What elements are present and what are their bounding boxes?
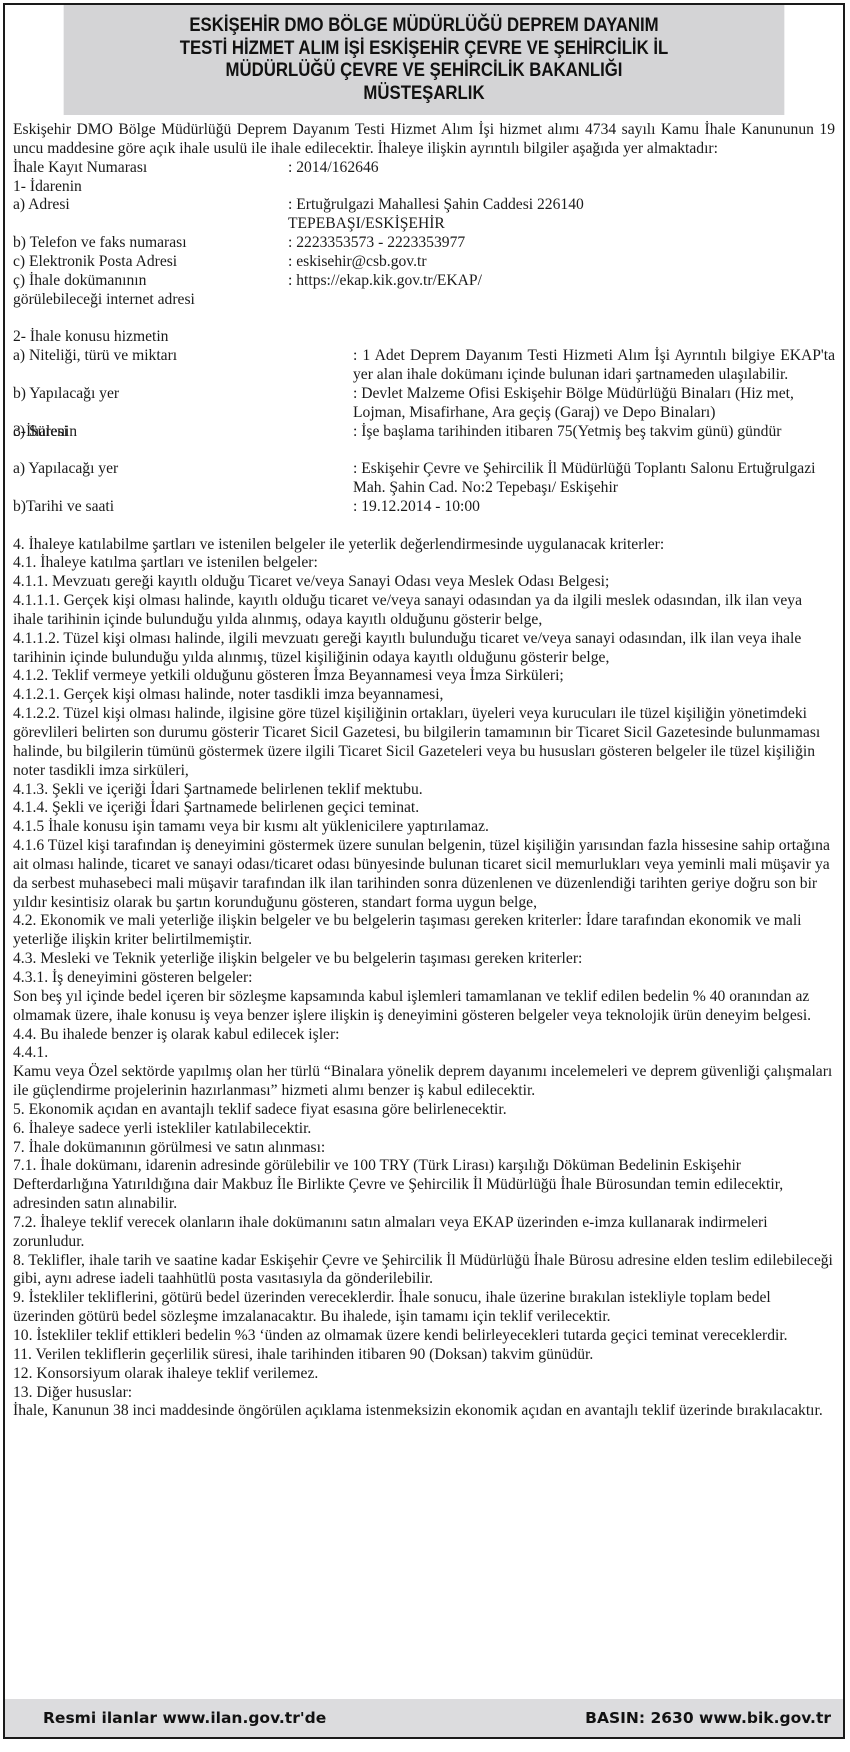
clause-paragraph: 12. Konsorsiyum olarak ihaleye teklif ve… bbox=[13, 1365, 835, 1384]
clause-paragraph: 4.4.1. bbox=[13, 1044, 835, 1063]
clause-paragraph: 8. Teklifler, ihale tarih ve saatine kad… bbox=[13, 1252, 835, 1290]
clause-paragraph: 7.1. İhale dokümanı, idarenin adresinde … bbox=[13, 1157, 835, 1214]
section1-row-phone: b) Telefon ve faks numarası : 2223353573… bbox=[13, 234, 835, 253]
clause-paragraph: 4.1.2.2. Tüzel kişi olması halinde, ilgi… bbox=[13, 705, 835, 780]
clause-paragraph: 4.1.1. Mevzuatı gereği kayıtlı olduğu Ti… bbox=[13, 573, 835, 592]
registration-label: İhale Kayıt Numarası bbox=[13, 159, 288, 178]
announcement-footer: Resmi ilanlar www.ilan.gov.tr'de BASIN: … bbox=[5, 1699, 843, 1737]
clause-paragraph: 4.3.1. İş deneyimini gösteren belgeler: bbox=[13, 969, 835, 988]
announcement-header: ESKİŞEHİR DMO BÖLGE MÜDÜRLÜĞÜ DEPREM DAY… bbox=[64, 5, 785, 115]
clause-paragraph: 4. İhaleye katılabilme şartları ve isten… bbox=[13, 536, 835, 555]
clause-paragraph: 4.2. Ekonomik ve mali yeterliğe ilişkin … bbox=[13, 912, 835, 950]
clause-paragraph: 9. İstekliler tekliflerini, götürü bedel… bbox=[13, 1289, 835, 1327]
clause-paragraph: 7.2. İhaleye teklif verecek olanların ih… bbox=[13, 1214, 835, 1252]
clause-paragraph: 7. İhale dokümanının görülmesi ve satın … bbox=[13, 1139, 835, 1158]
row-label: c) Elektronik Posta Adresi bbox=[13, 253, 288, 272]
clause-paragraph: 4.1.4. Şekli ve içeriği İdari Şartnamede… bbox=[13, 799, 835, 818]
clause-paragraph: 4.1.6 Tüzel kişi tarafından iş deneyimin… bbox=[13, 837, 835, 912]
section2-row-duration: c) Süresi : İşe başlama tarihinden itiba… bbox=[13, 423, 835, 442]
row-value: : 1 Adet Deprem Dayanım Testi Hizmeti Al… bbox=[353, 347, 835, 385]
row-label: b) Yapılacağı yer bbox=[13, 385, 353, 423]
section2-row-place: b) Yapılacağı yer : Devlet Malzeme Ofisi… bbox=[13, 385, 835, 423]
header-title-line: MÜSTEŞARLIK bbox=[64, 82, 785, 105]
row-value: : İşe başlama tarihinden itibaren 75(Yet… bbox=[353, 423, 835, 442]
row-value-cont: TEPEBAŞI/ESKİŞEHİR bbox=[288, 215, 445, 232]
row-label-cont: görülebileceği internet adresi bbox=[13, 291, 195, 308]
footer-press-info: BASIN: 2630 www.bik.gov.tr bbox=[585, 1709, 831, 1727]
announcement-frame: ESKİŞEHİR DMO BÖLGE MÜDÜRLÜĞÜ DEPREM DAY… bbox=[3, 3, 845, 1739]
registration-row: İhale Kayıt Numarası : 2014/162646 bbox=[13, 159, 835, 178]
clause-list: 4. İhaleye katılabilme şartları ve isten… bbox=[13, 536, 835, 1422]
section3-row-place: a) Yapılacağı yer : Eskişehir Çevre ve Ş… bbox=[13, 460, 835, 498]
row-label: b)Tarihi ve saati bbox=[13, 498, 353, 517]
clause-paragraph: 4.1. İhaleye katılma şartları ve istenil… bbox=[13, 554, 835, 573]
clause-paragraph: 6. İhaleye sadece yerli istekliler katıl… bbox=[13, 1120, 835, 1139]
clause-paragraph: 4.1.1.2. Tüzel kişi olması halinde, ilgi… bbox=[13, 630, 835, 668]
clause-paragraph: 5. Ekonomik açıdan en avantajlı teklif s… bbox=[13, 1101, 835, 1120]
registration-value: : 2014/162646 bbox=[288, 159, 835, 178]
header-title-line: ESKİŞEHİR DMO BÖLGE MÜDÜRLÜĞÜ DEPREM DAY… bbox=[64, 14, 785, 37]
row-value: : 19.12.2014 - 10:00 bbox=[353, 498, 835, 517]
header-title-line: TESTİ HİZMET ALIM İŞİ ESKİŞEHİR ÇEVRE VE… bbox=[64, 37, 785, 60]
row-label: a) Yapılacağı yer bbox=[13, 460, 353, 498]
section2-row-nature: a) Niteliği, türü ve miktarı : 1 Adet De… bbox=[13, 347, 835, 385]
clause-paragraph: 13. Diğer hususlar: bbox=[13, 1384, 835, 1403]
clause-paragraph: 10. İstekliler teklif ettikleri bedelin … bbox=[13, 1327, 835, 1346]
section3-row-date: b)Tarihi ve saati : 19.12.2014 - 10:00 bbox=[13, 498, 835, 517]
announcement-body: Eskişehir DMO Bölge Müdürlüğü Deprem Day… bbox=[5, 115, 843, 1421]
clause-paragraph: Son beş yıl içinde bedel içeren bir sözl… bbox=[13, 988, 835, 1026]
row-label: b) Telefon ve faks numarası bbox=[13, 234, 288, 253]
section1-row-address: a) Adresi : Ertuğrulgazi Mahallesi Şahin… bbox=[13, 196, 835, 234]
footer-official-ads: Resmi ilanlar www.ilan.gov.tr'de bbox=[43, 1709, 326, 1727]
row-value: : Eskişehir Çevre ve Şehircilik İl Müdür… bbox=[353, 460, 835, 498]
clause-paragraph: 4.1.2.1. Gerçek kişi olması halinde, not… bbox=[13, 686, 835, 705]
section1-row-email: c) Elektronik Posta Adresi : eskisehir@c… bbox=[13, 253, 835, 272]
section1-row-website: ç) İhale dokümanınıngörülebileceği inter… bbox=[13, 272, 835, 310]
clause-paragraph: 4.4. Bu ihalede benzer iş olarak kabul e… bbox=[13, 1026, 835, 1045]
clause-paragraph: 4.3. Mesleki ve Teknik yeterliğe ilişkin… bbox=[13, 950, 835, 969]
intro-paragraph: Eskişehir DMO Bölge Müdürlüğü Deprem Day… bbox=[13, 121, 835, 159]
row-value: : Devlet Malzeme Ofisi Eskişehir Bölge M… bbox=[353, 385, 835, 423]
section2-title: 2- İhale konusu hizmetin bbox=[13, 328, 835, 347]
row-label: a) Adresi bbox=[13, 196, 288, 234]
clause-paragraph: 11. Verilen tekliflerin geçerlilik süres… bbox=[13, 1346, 835, 1365]
clause-paragraph: İhale, Kanunun 38 inci maddesinde öngörü… bbox=[13, 1402, 835, 1421]
section1-title: 1- İdarenin bbox=[13, 178, 835, 197]
clause-paragraph: 4.1.5 İhale konusu işin tamamı veya bir … bbox=[13, 818, 835, 837]
clause-paragraph: Kamu veya Özel sektörde yapılmış olan he… bbox=[13, 1063, 835, 1101]
clause-paragraph: 4.1.1.1. Gerçek kişi olması halinde, kay… bbox=[13, 592, 835, 630]
header-title-line: MÜDÜRLÜĞÜ ÇEVRE VE ŞEHİRCİLİK BAKANLIĞI bbox=[64, 59, 785, 82]
row-label: a) Niteliği, türü ve miktarı bbox=[13, 347, 353, 385]
row-value: : 2223353573 - 2223353977 bbox=[288, 234, 835, 253]
website-link[interactable]: : https://ekap.kik.gov.tr/EKAP/ bbox=[288, 272, 835, 310]
clause-paragraph: 4.1.2. Teklif vermeye yetkili olduğunu g… bbox=[13, 667, 835, 686]
email-link[interactable]: : eskisehir@csb.gov.tr bbox=[288, 253, 835, 272]
row-value: : Ertuğrulgazi Mahallesi Şahin Caddesi 2… bbox=[288, 196, 584, 213]
row-label: ç) İhale dokümanının bbox=[13, 272, 146, 289]
clause-paragraph: 4.1.3. Şekli ve içeriği İdari Şartnamede… bbox=[13, 781, 835, 800]
